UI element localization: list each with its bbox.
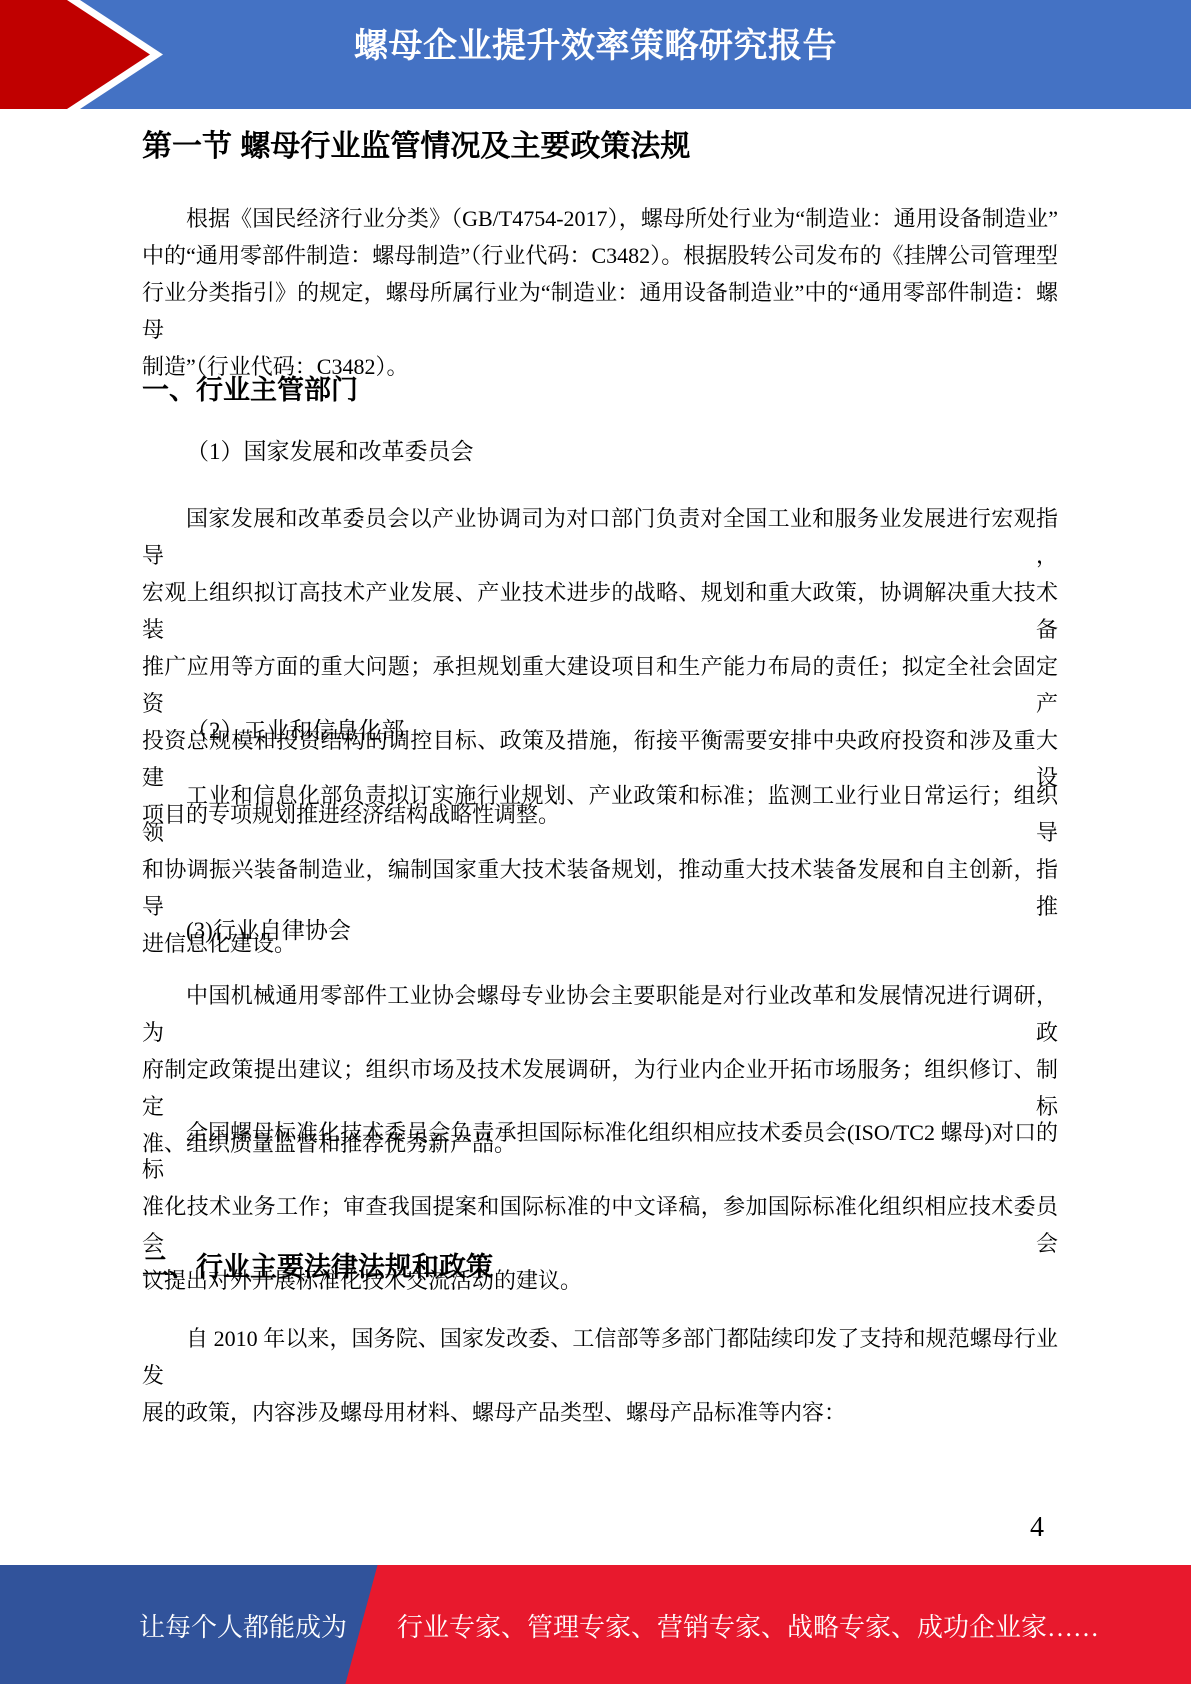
section-title: 第一节 螺母行业监管情况及主要政策法规 [142,130,1058,165]
report-page: 螺母企业提升效率策略研究报告 第一节 螺母行业监管情况及主要政策法规 根据《国民… [0,0,1191,1684]
paragraph-line: 中的“通用零部件制造：螺母制造”（行业代码：C3482）。根据股转公司发布的《挂… [142,237,1058,274]
paragraph-line: 展的政策，内容涉及螺母用材料、螺母产品类型、螺母产品标准等内容： [142,1394,1058,1431]
page-number: 4 [1030,1513,1044,1544]
paragraph-line: 自 2010 年以来，国务院、国家发改委、工信部等多部门都陆续印发了支持和规范螺… [142,1320,1058,1394]
paragraph-line: 国家发展和改革委员会以产业协调司为对口部门负责对全国工业和服务业发展进行宏观指导… [142,500,1058,574]
subheading-miit: （2）工业和信息化部 [142,717,1058,745]
heading-industry-authorities: 一、行业主管部门 [142,375,1058,406]
paragraph-line: 全国螺母标准化技术委员会负责承担国际标准化组织相应技术委员会(ISO/TC2 螺… [142,1114,1058,1188]
report-title: 螺母企业提升效率策略研究报告 [0,26,1191,67]
footer-slogan-left: 让每个人都能成为 [0,1613,347,1643]
subheading-ndrc: （1）国家发展和改革委员会 [142,438,1058,466]
footer-slogan-right: 行业专家、管理专家、营销专家、战略专家、成功企业家…… [397,1613,1099,1643]
paragraph-line: 工业和信息化部负责拟订实施行业规划、产业政策和标准；监测工业行业日常运行；组织领… [142,777,1058,851]
paragraph-line: 准化技术业务工作；审查我国提案和国际标准的中文译稿，参加国际标准化组织相应技术委… [142,1188,1058,1262]
paragraph-line: 根据《国民经济行业分类》（GB/T4754-2017），螺母所处行业为“制造业：… [142,200,1058,237]
paragraph-line: 行业分类指引》的规定，螺母所属行业为“制造业：通用设备制造业”中的“通用零部件制… [142,274,1058,348]
heading-laws-and-policies: 二、行业主要法律法规和政策 [142,1252,1058,1283]
paragraph-line: 中国机械通用零部件工业协会螺母专业协会主要职能是对行业改革和发展情况进行调研，为… [142,977,1058,1051]
paragraph-line: 和协调振兴装备制造业，编制国家重大技术装备规划，推动重大技术装备发展和自主创新，… [142,851,1058,925]
subheading-self-regulation-association: (3)行业自律协会 [142,917,1058,945]
paragraph-line: 宏观上组织拟订高技术产业发展、产业技术进步的战略、规划和重大政策，协调解决重大技… [142,574,1058,648]
header-banner: 螺母企业提升效率策略研究报告 [0,0,1191,109]
paragraph-line: 推广应用等方面的重大问题；承担规划重大建设项目和生产能力布局的责任；拟定全社会固… [142,648,1058,722]
paragraph-policies-since-2010: 自 2010 年以来，国务院、国家发改委、工信部等多部门都陆续印发了支持和规范螺… [142,1320,1058,1431]
paragraph-industry-classification: 根据《国民经济行业分类》（GB/T4754-2017），螺母所处行业为“制造业：… [142,200,1058,385]
footer-banner: 让每个人都能成为 行业专家、管理专家、营销专家、战略专家、成功企业家…… [0,1565,1191,1684]
